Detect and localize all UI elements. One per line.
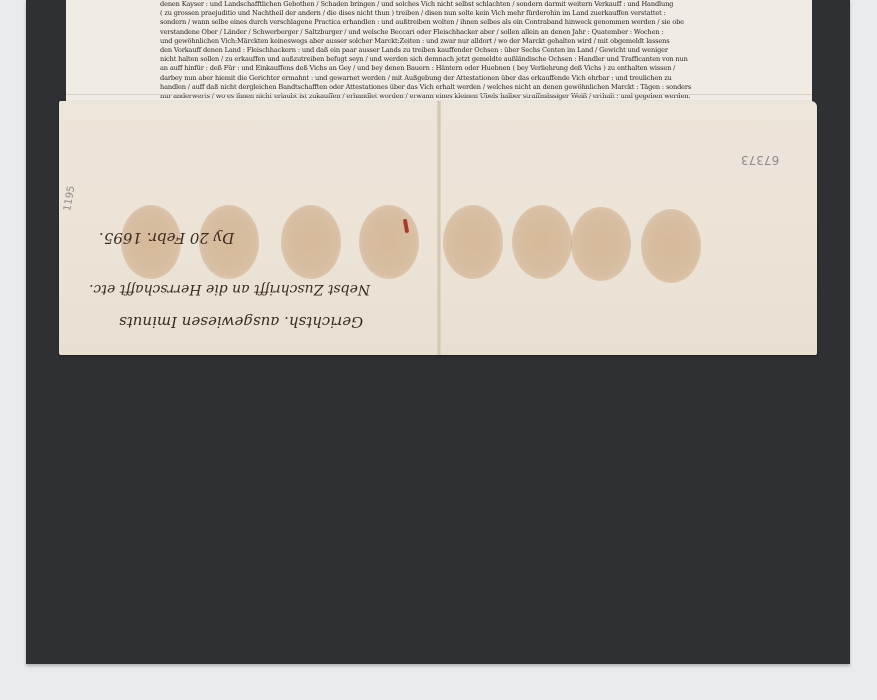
text-line: darbey nun aber hiemit die Gerichter erm…: [160, 74, 800, 83]
fold-line: [66, 94, 812, 95]
text-line: den Vorkauff denen Land : Fleischhackern…: [160, 46, 800, 55]
text-line: sondern / wann selbe eines durch verschl…: [160, 18, 800, 27]
seal-stain: [443, 205, 503, 279]
text-line: an auff hinfür : deß Für : und Einkauffe…: [160, 64, 800, 73]
text-line: nicht halten sollen / zu erkauffen und a…: [160, 55, 800, 64]
vertical-crease: [437, 101, 441, 355]
handwritten-endorsement: Nebst Zuschrifft an die Herrschafft etc.: [89, 281, 370, 297]
text-line: und gewöhnlichen Vich:Märckten keinesweg…: [160, 37, 800, 46]
handwritten-signature: Gerichtsh. ausgewiesen Iminuts: [119, 313, 363, 331]
handwritten-date: Dy 20 Febr. 1695.: [99, 229, 234, 247]
text-line: ( zu grossen praejuditio und Nachtheil d…: [160, 9, 800, 18]
seal-stain: [281, 205, 341, 279]
folded-flap: Dy 20 Febr. 1695. Nebst Zuschrifft an di…: [59, 101, 817, 355]
seal-stain: [512, 205, 572, 279]
pencil-margin-note: 1195: [62, 185, 77, 212]
seal-stain: [359, 205, 419, 279]
text-line: handlen / auff daß nicht dergleichen Ban…: [160, 83, 800, 92]
text-line: verstandene Ober / Länder / Schwerberger…: [160, 28, 800, 37]
seal-stain: [571, 207, 631, 281]
seal-stain: [641, 209, 701, 283]
pencil-inventory-number: 67373: [741, 153, 779, 167]
text-line: denen Kayser : und Landschafftlichen Geb…: [160, 0, 800, 9]
